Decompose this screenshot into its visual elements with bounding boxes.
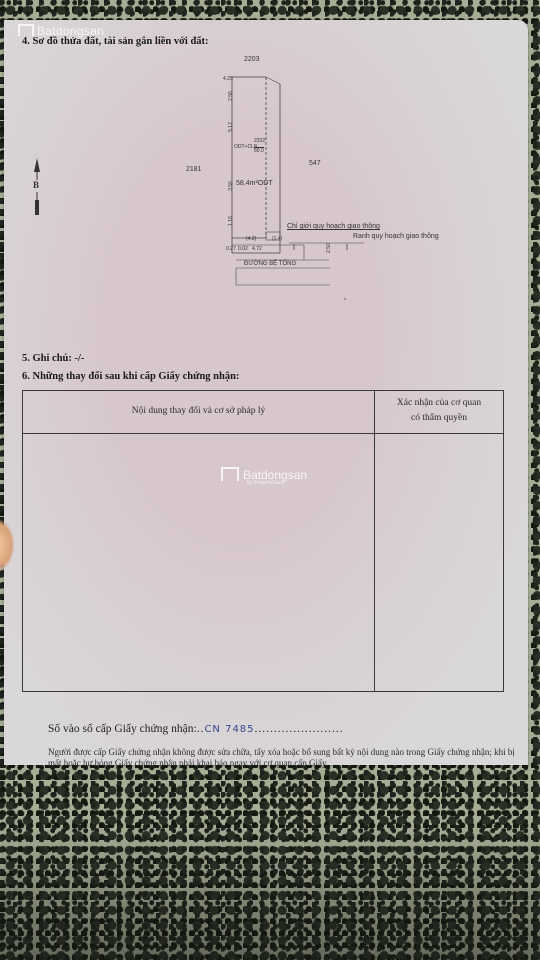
bottom-width: 4.72	[252, 246, 262, 252]
watermark-center: Batdongsan by PropertyGuru	[221, 467, 307, 486]
registry-number-line: Số vào sổ cấp Giấy chứng nhận:..CN 7485.…	[48, 723, 344, 735]
north-label: B	[33, 180, 39, 190]
legend-planning-line: Ranh quy hoạch giao thông	[353, 233, 439, 240]
dim-left-0: 2.56	[228, 91, 234, 101]
dim-top-width: 4.25	[223, 76, 233, 82]
dim-left-2: 3.56	[228, 181, 234, 191]
parcel-area: 80.0	[254, 147, 264, 154]
road-segment-right: (1.4)	[272, 236, 282, 242]
section-5-title: 5. Ghi chú: -/-	[22, 353, 84, 364]
changes-table: Nội dung thay đổi và cơ sở pháp lý Xác n…	[22, 390, 504, 692]
parcel-code: 2202	[254, 138, 265, 144]
land-certificate-page: Batdongsan 4. Sơ đồ thửa đất, tài sản gắ…	[4, 20, 528, 765]
neighbor-top: 2203	[244, 56, 260, 63]
corner-offset: 0.27	[226, 246, 236, 252]
section-4-title: 4. Sơ đồ thửa đất, tài sản gắn liền với …	[22, 36, 209, 47]
notice-text: Người được cấp Giấy chứng nhận không đượ…	[48, 747, 518, 769]
legend-boundary-line: Chỉ giới quy hoạch giao thông	[287, 223, 380, 230]
brand-logo-icon	[18, 24, 34, 36]
neighbor-left: 2181	[186, 166, 202, 173]
right-gap: 2.50	[326, 243, 332, 253]
bottom-left-offset: 0.02	[238, 246, 248, 252]
granite-background	[0, 820, 540, 960]
table-header-divider	[23, 433, 503, 434]
road-label: ĐƯỜNG BÊ TÔNG	[244, 261, 296, 267]
dim-left-1: 5.12	[228, 122, 234, 132]
table-header-content: Nội dung thay đổi và cơ sở pháp lý	[23, 404, 374, 419]
road-segment-left: (4.2)	[246, 236, 256, 242]
brand-logo-icon	[221, 467, 239, 481]
registry-number: CN 7485	[204, 724, 254, 735]
section-6-title: 6. Những thay đổi sau khi cấp Giấy chứng…	[22, 371, 239, 382]
table-column-divider	[374, 391, 375, 691]
dim-left-3: 1.16	[228, 216, 234, 226]
table-header-confirmation: Xác nhận của cơ quan có thẩm quyền	[375, 396, 503, 426]
area-label: 58.4m²ODT	[236, 180, 273, 187]
